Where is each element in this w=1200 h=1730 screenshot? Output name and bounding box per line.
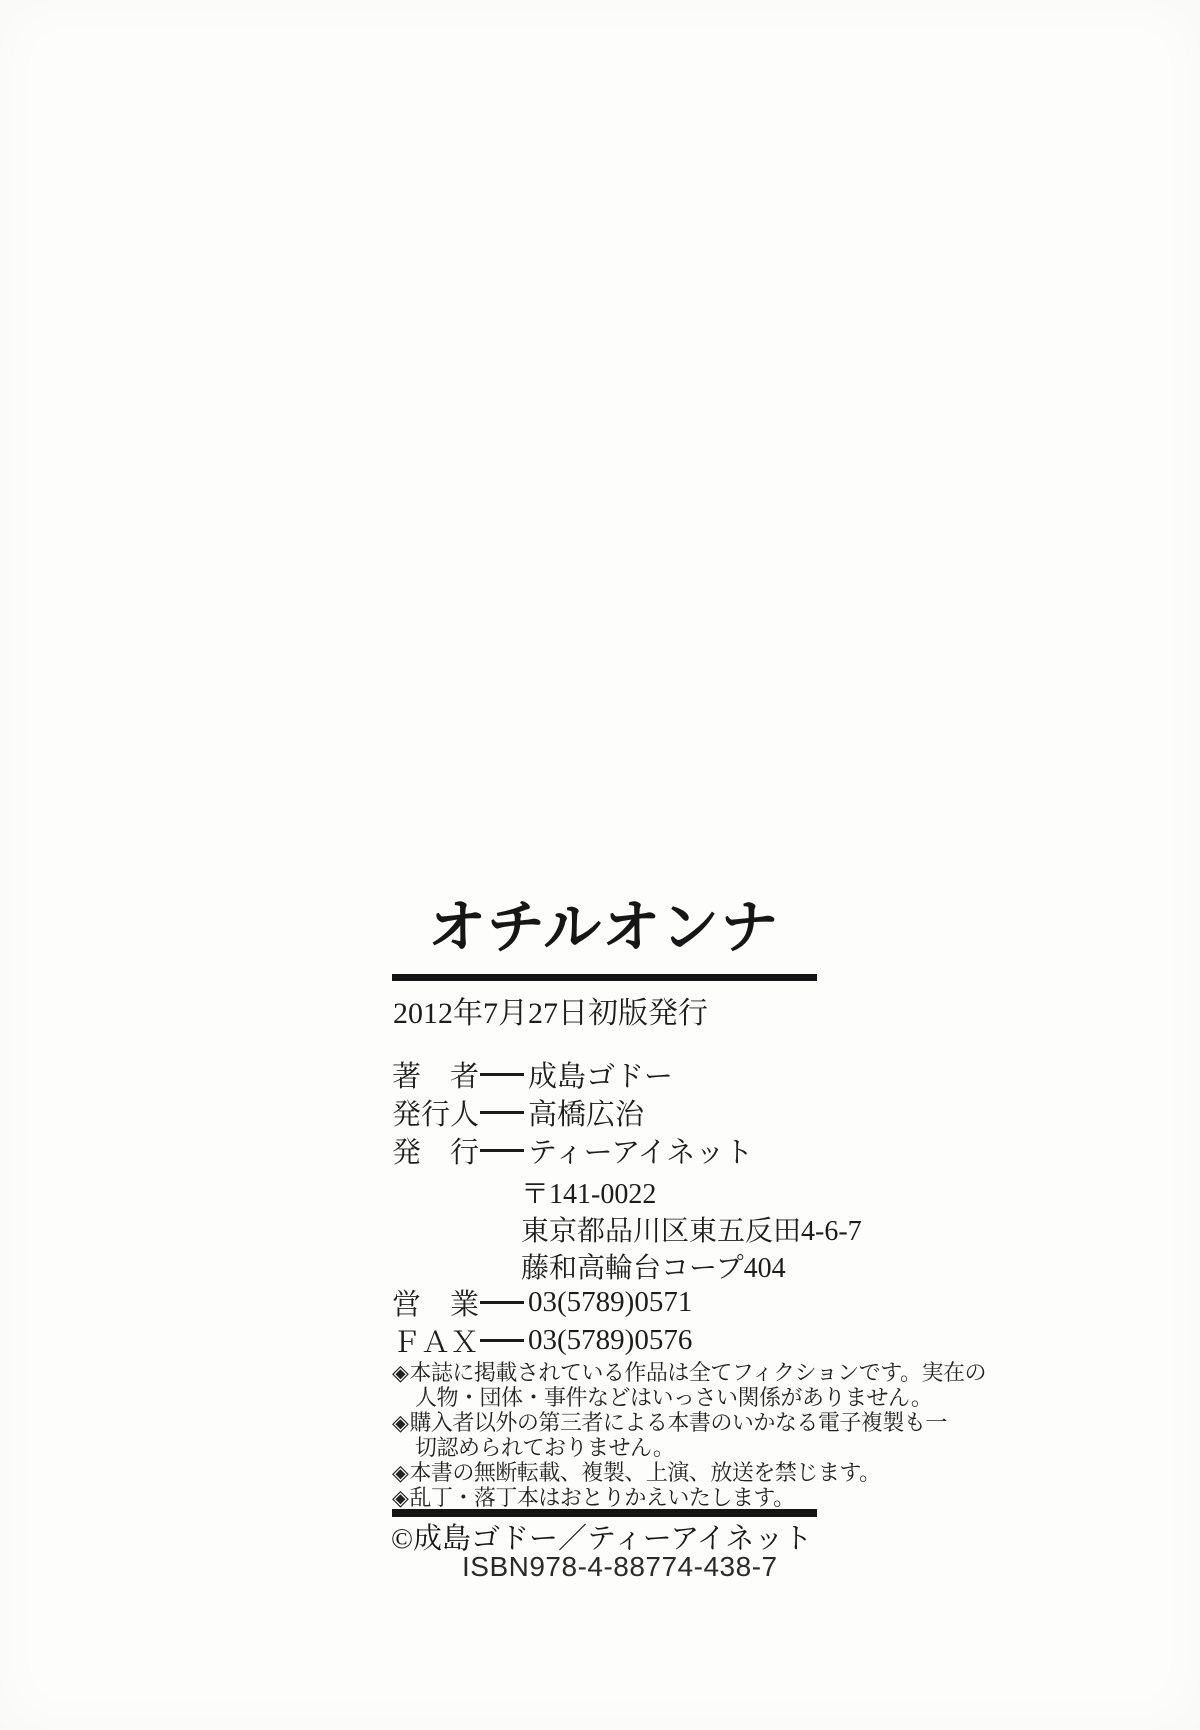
isbn-number: ISBN978-4-88774-438-7: [462, 1551, 778, 1583]
colophon-page: オチルオンナ 2012年7月27日初版発行 著 者 成島ゴドー 発行人 高橋広治…: [0, 0, 1200, 1730]
credit-row-publisher: 発 行 ティーアイネット: [392, 1132, 753, 1168]
contact-row-sales: 営 業 03(5789)0571: [392, 1284, 692, 1320]
credit-label: 著 者: [392, 1054, 478, 1095]
contact-label: ＦＡＸ: [392, 1320, 478, 1361]
label-dash: [480, 1111, 524, 1114]
credit-row-publisher-person: 発行人 高橋広治: [392, 1094, 644, 1130]
notice-bullet-icon: ◈: [392, 1485, 408, 1510]
credit-row-author: 著 者 成島ゴドー: [392, 1056, 673, 1092]
contact-row-fax: ＦＡＸ 03(5789)0576: [392, 1322, 692, 1358]
postal-code: 〒141-0022: [521, 1172, 656, 1212]
label-dash: [480, 1301, 524, 1304]
address-line-2: 藤和高輪台コープ404: [521, 1246, 786, 1286]
credit-value: 成島ゴドー: [528, 1054, 673, 1095]
address-line-1: 東京都品川区東五反田4-6-7: [521, 1209, 862, 1249]
notice-bullet-icon: ◈: [392, 1360, 408, 1385]
notice-bullet-icon: ◈: [392, 1410, 408, 1435]
credit-value: 高橋広治: [528, 1092, 644, 1133]
credit-label: 発行人: [392, 1092, 478, 1133]
edition-date: 2012年7月27日初版発行: [393, 988, 708, 1032]
contact-value: 03(5789)0571: [528, 1286, 692, 1319]
notice-line: ◈乱丁・落丁本はおとりかえいたします。: [392, 1481, 795, 1512]
label-dash: [480, 1339, 524, 1342]
credit-label: 発 行: [392, 1130, 478, 1171]
label-dash: [480, 1073, 524, 1076]
contact-label: 営 業: [392, 1282, 478, 1323]
notice-text: 乱丁・落丁本はおとりかえいたします。: [409, 1485, 794, 1510]
label-dash: [480, 1149, 524, 1152]
title-divider-rule: [392, 974, 817, 981]
book-title: オチルオンナ: [428, 880, 779, 964]
contact-value: 03(5789)0576: [528, 1324, 692, 1357]
credit-value: ティーアイネット: [528, 1130, 753, 1171]
